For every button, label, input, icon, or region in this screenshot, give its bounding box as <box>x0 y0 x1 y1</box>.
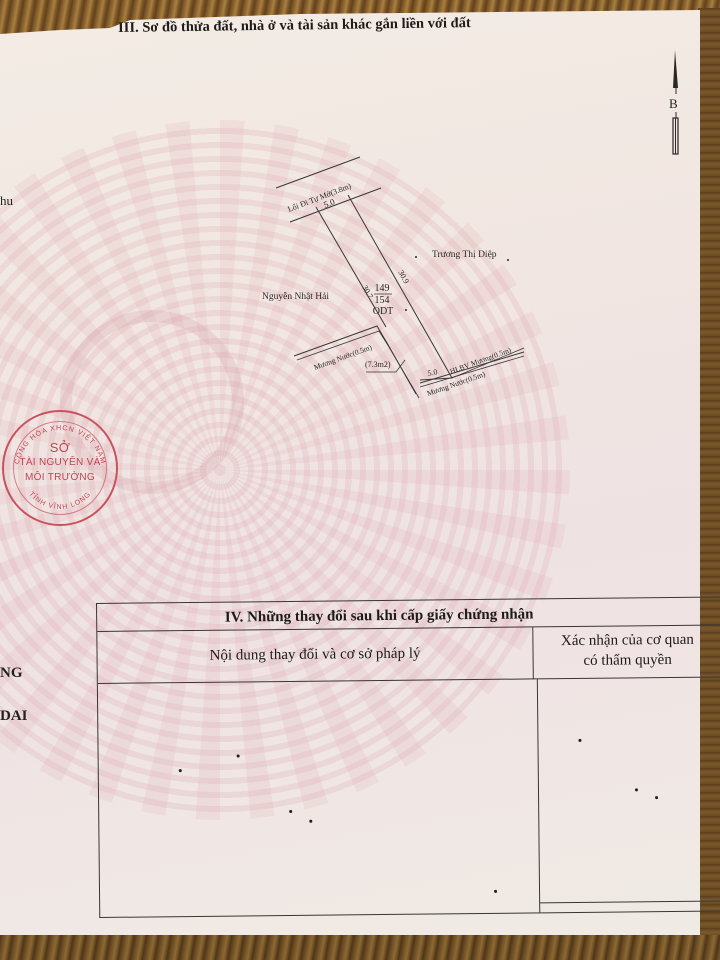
neighbor-east: Trương Thị Diệp <box>432 250 497 260</box>
stamp-line-3: MÔI TRƯỜNG <box>4 470 116 485</box>
svg-text:TỈNH VĨNH LONG: TỈNH VĨNH LONG <box>27 491 92 511</box>
stamp-center-text: SỞ TÀI NGUYÊN VÀ MÔI TRƯỜNG <box>4 440 116 485</box>
column-header-change-content: Nội dung thay đổi và cơ sở pháp lý <box>97 627 534 684</box>
stamp-ring-bottom: TỈNH VĨNH LONG <box>27 491 92 511</box>
authority-confirmation-cell <box>538 677 720 903</box>
left-side-length: 30.7 <box>360 284 375 301</box>
section-iv-table: IV. Những thay đổi sau khi cấp giấy chứn… <box>96 596 720 918</box>
road-label: Lối Đi Tự Mở(3.8m) <box>286 181 352 214</box>
wood-background-bottom <box>0 935 720 960</box>
stamp-line-2: TÀI NGUYÊN VÀ <box>4 455 116 470</box>
column-header-authority-line2: có thẩm quyền <box>534 649 720 671</box>
ditch-left-line <box>294 326 416 394</box>
map-sheet-number: 154 <box>375 295 390 306</box>
column-header-authority-confirmation: Xác nhận của cơ quan có thẩm quyền <box>533 625 720 679</box>
change-content-cell <box>98 679 540 917</box>
left-page-fragment: NG <box>0 665 23 682</box>
rear-width: 5.0 <box>427 367 438 378</box>
land-use-code: ODT <box>373 306 394 317</box>
parcel-number: 149 <box>375 283 390 294</box>
stamp-line-1: SỞ <box>4 440 116 455</box>
column-header-authority-line1: Xác nhận của cơ quan <box>533 629 720 651</box>
neighbor-west: Nguyễn Nhật Hải <box>262 291 329 302</box>
corridor-area: (7.3m2) <box>365 360 391 369</box>
left-page-fragment: DAI <box>0 708 28 725</box>
official-stamp: CỘNG HÒA XHCN VIỆT NAM TỈNH VĨNH LONG SỞ… <box>2 410 118 526</box>
right-side-length: 30.9 <box>396 269 411 286</box>
